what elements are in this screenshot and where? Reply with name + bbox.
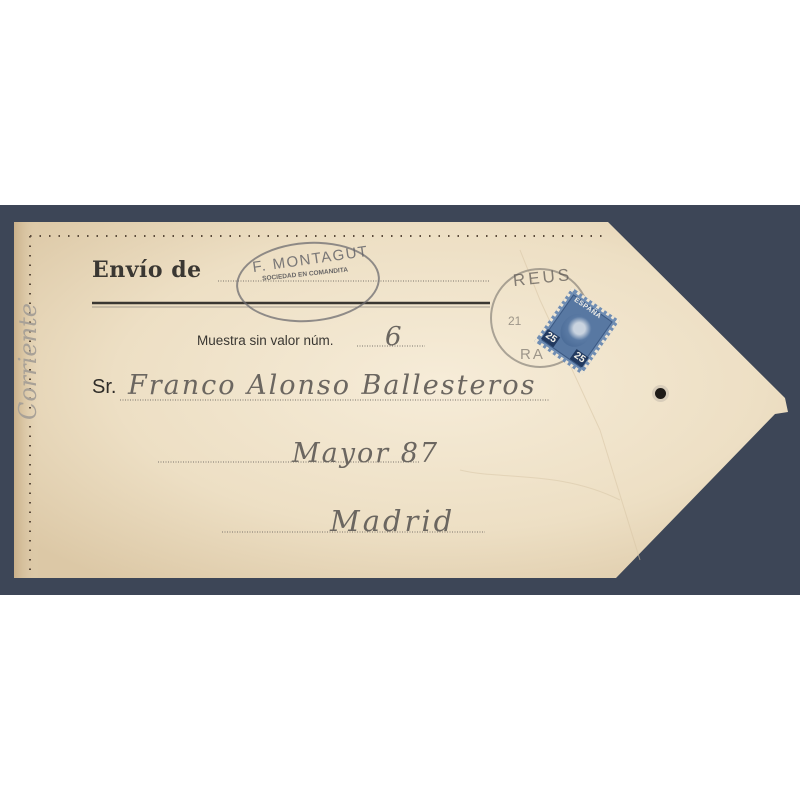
recipient-name: Franco Alonso Ballesteros bbox=[128, 370, 536, 401]
postmark-bottom-text: RA bbox=[520, 346, 545, 363]
salutation: Sr. bbox=[92, 376, 116, 399]
margin-note: Corriente bbox=[14, 303, 42, 420]
recipient-street: Mayor 87 bbox=[292, 438, 439, 469]
heading-envio-de: Envío de bbox=[92, 257, 202, 283]
sample-number: 6 bbox=[385, 322, 402, 352]
sample-label: Muestra sin valor núm. bbox=[197, 333, 334, 348]
tag-envelope: Envío de F. MONTAGUT SOCIEDAD EN COMANDI… bbox=[0, 0, 800, 800]
string-hole bbox=[655, 388, 666, 399]
postmark-date: 21 bbox=[508, 314, 521, 328]
recipient-city: Madrid bbox=[330, 504, 455, 538]
